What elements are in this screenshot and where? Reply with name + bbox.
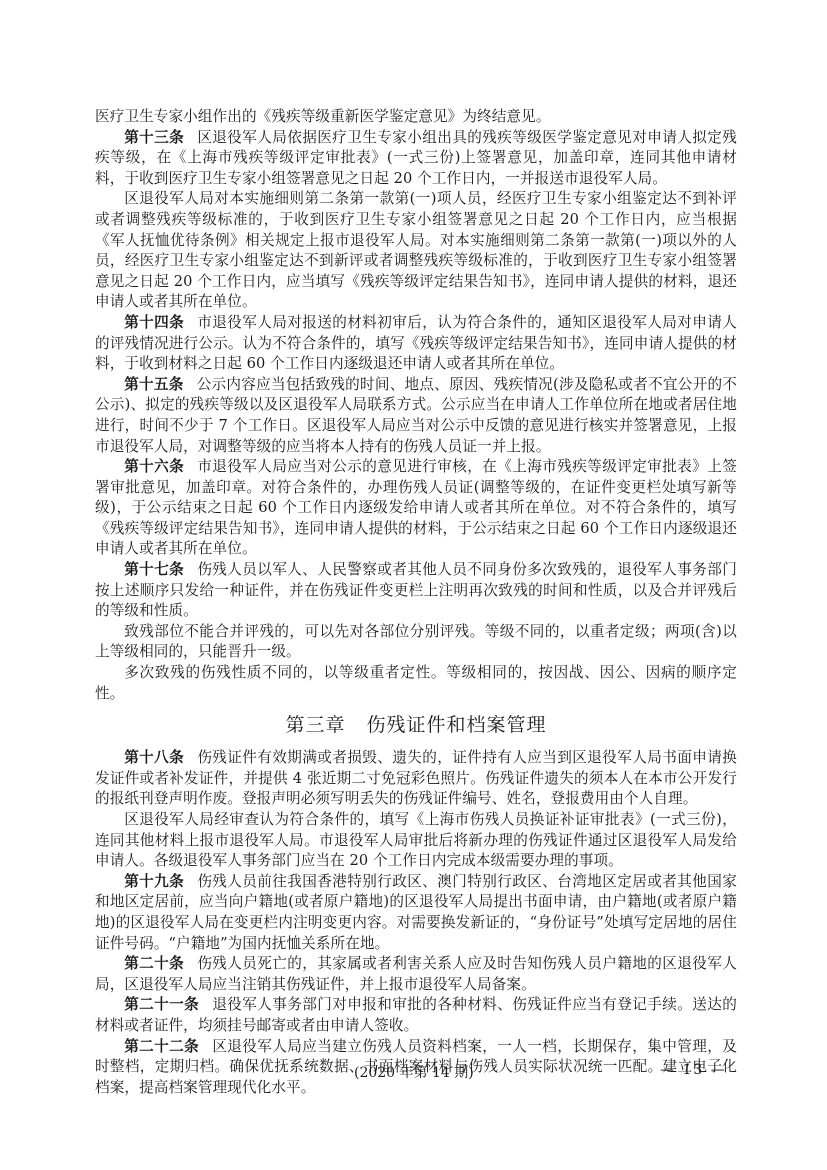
page-footer: (2020 年第 14 期) — 13 —: [0, 1062, 827, 1084]
paragraph-text: 伤残人员以军人、人民警察或者其他人员不同身份多次致残的，退役军人事务部门按上述顺…: [95, 561, 737, 619]
section-after-chapter: 第十八条伤残证件有效期满或者损毁、遗失的，证件持有人应当到区退役军人局书面申请换…: [95, 748, 737, 1098]
paragraph-text: 市退役军人局应当对公示的意见进行审核，在《上海市残疾等级评定审批表》上签署审批意…: [95, 458, 737, 557]
section-before-chapter: 医疗卫生专家小组作出的《残疾等级重新医学鉴定意见》为终结意见。第十三条区退役军人…: [95, 107, 737, 704]
article-paragraph: 第十五条公示内容应当包括致残的时间、地点、原因、残疾情况(涉及隐私或者不宜公开的…: [95, 375, 737, 457]
article-number: 第十九条: [124, 873, 184, 890]
article-number: 第二十条: [124, 955, 184, 972]
paragraph-text: 伤残人员前往我国香港特别行政区、澳门特别行政区、台湾地区定居或者其他国家和地区定…: [95, 873, 737, 952]
chapter-heading: 第三章伤残证件和档案管理: [95, 712, 737, 738]
article-paragraph: 第十四条市退役军人局对报送的材料初审后，认为符合条件的，通知区退役军人局对申请人…: [95, 313, 737, 375]
chapter-number: 第三章: [286, 714, 346, 736]
article-number: 第十五条: [124, 376, 183, 393]
paragraph-text: 致残部位不能合并评残的，可以先对各部位分别评残。等级不同的，以重者定级；两项(含…: [95, 623, 737, 661]
paragraph: 致残部位不能合并评残的，可以先对各部位分别评残。等级不同的，以重者定级；两项(含…: [95, 622, 737, 663]
paragraph-text: 伤残证件有效期满或者损毁、遗失的，证件持有人应当到区退役军人局书面申请换发证件或…: [95, 749, 737, 807]
article-paragraph: 第二十一条退役军人事务部门对申报和审批的各种材料、伤残证件应当有登记手续。送达的…: [95, 995, 737, 1036]
paragraph: 区退役军人局对本实施细则第二条第一款第(一)项人员，经医疗卫生专家小组鉴定达不到…: [95, 189, 737, 313]
issue-label: (2020 年第 14 期): [354, 1062, 474, 1082]
article-number: 第十四条: [124, 314, 184, 331]
article-number: 第十三条: [124, 129, 184, 146]
paragraph-text: 区退役军人局经审查认为符合条件的，填写《上海市伤残人员换证补证审批表》(一式三份…: [95, 811, 737, 869]
page-number: — 13 —: [660, 1062, 727, 1078]
paragraph-text: 多次致残的伤残性质不同的，以等级重者定性。等级相同的，按因战、因公、因病的顺序定…: [95, 664, 737, 702]
paragraph: 医疗卫生专家小组作出的《残疾等级重新医学鉴定意见》为终结意见。: [95, 107, 737, 128]
article-paragraph: 第十三条区退役军人局依据医疗卫生专家小组出具的残疾等级医学鉴定意见对申请人拟定残…: [95, 128, 737, 190]
chapter-title: 伤残证件和档案管理: [366, 714, 546, 736]
document-page: 医疗卫生专家小组作出的《残疾等级重新医学鉴定意见》为终结意见。第十三条区退役军人…: [95, 107, 737, 1098]
paragraph-text: 区退役军人局依据医疗卫生专家小组出具的残疾等级医学鉴定意见对申请人拟定残疾等级，…: [95, 129, 737, 187]
article-paragraph: 第十八条伤残证件有效期满或者损毁、遗失的，证件持有人应当到区退役军人局书面申请换…: [95, 748, 737, 810]
article-number: 第十七条: [124, 561, 184, 578]
paragraph-text: 公示内容应当包括致残的时间、地点、原因、残疾情况(涉及隐私或者不宜公开的不公示)…: [95, 376, 737, 455]
article-paragraph: 第十九条伤残人员前往我国香港特别行政区、澳门特别行政区、台湾地区定居或者其他国家…: [95, 872, 737, 954]
paragraph-text: 伤残人员死亡的，其家属或者利害关系人应及时告知伤残人员户籍地的区退役军人局，区退…: [95, 955, 737, 993]
article-paragraph: 第十七条伤残人员以军人、人民警察或者其他人员不同身份多次致残的，退役军人事务部门…: [95, 560, 737, 622]
paragraph-text: 市退役军人局对报送的材料初审后，认为符合条件的，通知区退役军人局对申请人的评残情…: [95, 314, 737, 372]
article-number: 第十八条: [124, 749, 184, 766]
paragraph-text: 区退役军人局对本实施细则第二条第一款第(一)项人员，经医疗卫生专家小组鉴定达不到…: [95, 190, 737, 310]
article-number: 第二十一条: [124, 996, 199, 1013]
article-number: 第十六条: [124, 458, 184, 475]
paragraph-text: 医疗卫生专家小组作出的《残疾等级重新医学鉴定意见》为终结意见。: [95, 108, 551, 125]
article-number: 第二十二条: [124, 1038, 199, 1055]
article-paragraph: 第十六条市退役军人局应当对公示的意见进行审核，在《上海市残疾等级评定审批表》上签…: [95, 457, 737, 560]
article-paragraph: 第二十条伤残人员死亡的，其家属或者利害关系人应及时告知伤残人员户籍地的区退役军人…: [95, 954, 737, 995]
paragraph: 多次致残的伤残性质不同的，以等级重者定性。等级相同的，按因战、因公、因病的顺序定…: [95, 663, 737, 704]
paragraph: 区退役军人局经审查认为符合条件的，填写《上海市伤残人员换证补证审批表》(一式三份…: [95, 810, 737, 872]
